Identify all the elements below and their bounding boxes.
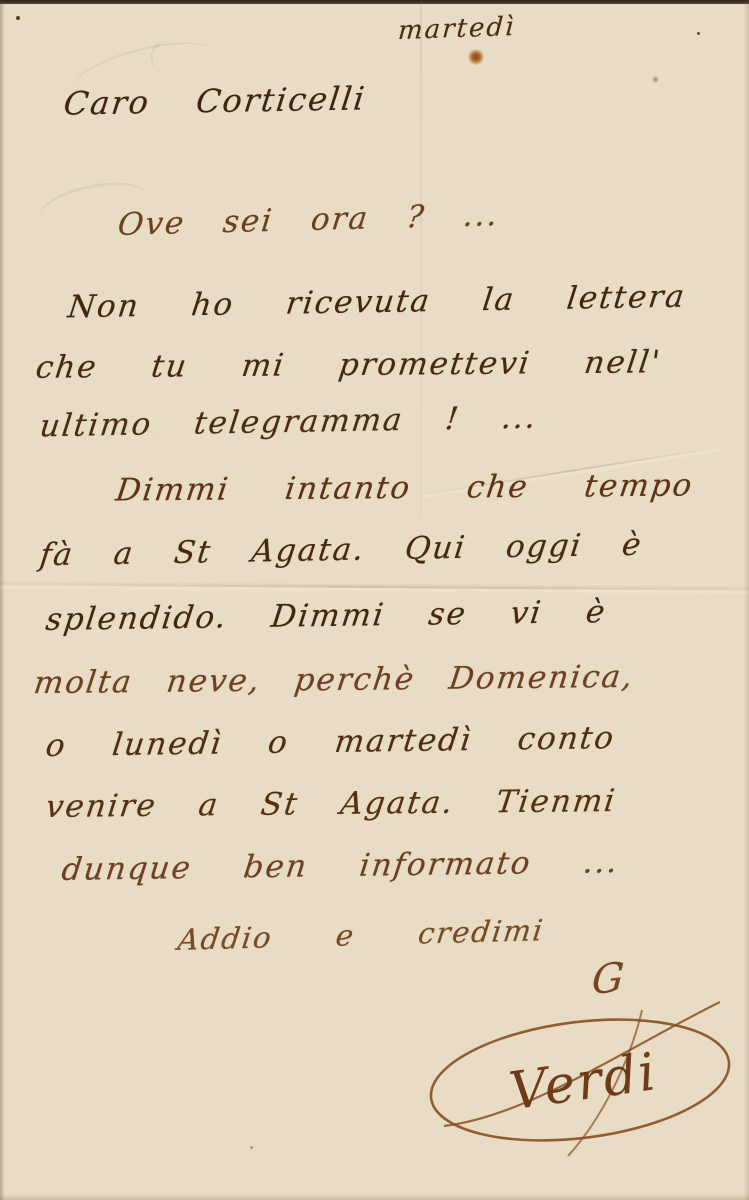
letter-page: martedì Caro Corticelli Ove sei ora ? ..… xyxy=(0,0,749,1200)
date-line: martedì xyxy=(397,12,516,46)
foxing-spot xyxy=(468,49,484,65)
letter-line-11: dunque ben informato ... xyxy=(60,844,622,888)
closing-line: Addio e credimi xyxy=(176,913,547,957)
letter-line-9: o lunedì o martedì conto xyxy=(44,720,618,764)
fold-crease-horizontal xyxy=(0,583,749,590)
letter-line-6: fà a St Agata. Qui oggi è xyxy=(38,527,645,574)
paper-edge-bottom xyxy=(0,1194,749,1200)
fold-crease-vertical xyxy=(420,0,422,520)
signature-flourish: Verdi xyxy=(418,988,744,1164)
letter-line-10: venire a St Agata. Tienmi xyxy=(44,783,619,825)
letter-line-5: Dimmi intanto che tempo xyxy=(114,467,696,508)
letter-line-1: Ove sei ora ? ... xyxy=(116,197,501,243)
salutation: Caro Corticelli xyxy=(62,79,369,122)
letter-line-2: Non ho ricevuta la lettera xyxy=(66,279,688,326)
show-through-mark xyxy=(145,35,197,83)
signature-name: Verdi xyxy=(506,1042,661,1122)
paper-speck xyxy=(250,1146,253,1149)
paper-edge-left xyxy=(0,0,5,1200)
letter-line-4: ultimo telegramma ! ... xyxy=(38,400,540,445)
foxing-spot-small xyxy=(652,76,659,83)
paper-edge-top xyxy=(0,0,749,4)
letter-line-8: molta neve, perchè Domenica, xyxy=(32,659,637,701)
letter-line-7: splendido. Dimmi se vi è xyxy=(44,594,609,638)
ink-speck xyxy=(16,16,20,20)
letter-line-3: che tu mi promettevi nell' xyxy=(34,344,664,385)
ink-speck-tiny xyxy=(697,32,700,35)
